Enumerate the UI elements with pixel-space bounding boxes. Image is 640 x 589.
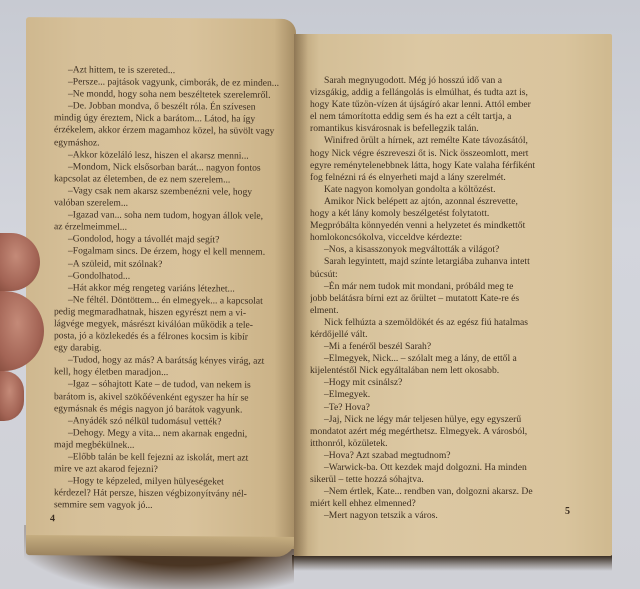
text-line: vizsgákig, addig a fellángolás is elmúlh…	[310, 87, 586, 99]
text-line: –Mi a fenéről beszél Sarah?	[310, 341, 586, 353]
text-line: Sarah legyintett, majd színte letargiába…	[310, 256, 586, 268]
text-line: –Fogalmam sincs. De érzem, hogy el kell …	[54, 246, 296, 260]
text-line: fog felnézni rá és elnyerheti majd a lán…	[310, 172, 586, 184]
text-line: sikerül – tette hozzá sóhajtva.	[310, 474, 586, 486]
thumb	[0, 291, 44, 371]
book-shadow-right	[292, 555, 612, 571]
text-line: kijelentéstől Nick egyáltalában nem lett…	[310, 365, 586, 377]
text-line: Winifred örült a hírnek, azt remélte Kat…	[310, 135, 586, 147]
text-line: –Hogy mit csinálsz?	[310, 377, 586, 389]
text-line: –A szüleid, mit szólnak?	[54, 258, 296, 272]
text-line: mondatot azért még megérthetsz. Elmegyek…	[310, 426, 586, 438]
right-page-number: 5	[565, 506, 570, 518]
text-line: –Nos, a kisasszonyok megváltották a vilá…	[310, 244, 586, 256]
right-page: Sarah megnyugodott. Még jó hosszú idő va…	[294, 34, 612, 556]
right-page-text: Sarah megnyugodott. Még jó hosszú idő va…	[310, 75, 586, 522]
text-line: –Elmegyek.	[310, 389, 586, 401]
text-line: –Jaj, Nick ne légy már teljesen hülye, e…	[310, 414, 586, 426]
text-line: Sarah megnyugodott. Még jó hosszú idő va…	[310, 75, 586, 87]
text-line: elment.	[310, 305, 586, 317]
text-line: Kate nagyon komolyan gondolta a költözés…	[310, 184, 586, 196]
text-line: kérdőjellé vált.	[310, 329, 586, 341]
text-line: miért kell ehhez elmenned?	[310, 498, 586, 510]
text-line: hogy Nick végre észreveszi őt is. Nick ö…	[310, 148, 586, 160]
text-line: Megpróbálta könnyedén venni a helyzetet …	[310, 220, 586, 232]
text-line: –Igaz – sóhajtott Kate – de tudod, van n…	[54, 379, 296, 393]
text-line: –Én már nem tudok mit mondani, próbáld m…	[310, 281, 586, 293]
text-line: hogy Kate tűzön-vízen át újságíró akar l…	[310, 99, 586, 111]
text-line: itthonról, közületek.	[310, 438, 586, 450]
text-line: jobb belátásra bírni ezt az őrültet – mu…	[310, 293, 586, 305]
text-line: hogy a két lány komoly beszélgetést foly…	[310, 208, 586, 220]
left-page-text: –Azt hittem, te is szereted...–Persze...…	[54, 64, 296, 513]
text-line: Amikor Nick belépett az ajtón, azonnal é…	[310, 196, 586, 208]
text-line: –Warwick-ba. Ott kezdek majd dolgozni. H…	[310, 462, 586, 474]
left-page: –Azt hittem, te is szereted...–Persze...…	[26, 17, 296, 549]
text-line: egyre reménytelenebbnek látta, hogy Kate…	[310, 160, 586, 172]
text-line: –Hova? Azt szabad megtudnom?	[310, 450, 586, 462]
text-line: romantikus kisvárosnak is befellegzik ta…	[310, 123, 586, 135]
text-line: –Te? Hova?	[310, 402, 586, 414]
text-line: homlokoncsókolva, vicceldve kérdezte:	[310, 232, 586, 244]
text-line: semmire sem vagyok jó...	[54, 500, 296, 514]
text-line: el nem támorította eddig sem és ha ezt a…	[310, 111, 586, 123]
finger	[0, 233, 40, 291]
text-line: érzékelem, akkor érzem magamhoz közel, h…	[54, 125, 296, 139]
left-page-number: 4	[50, 513, 55, 525]
text-line: –Mert nagyon tetszik a város.	[310, 510, 586, 522]
finger	[0, 371, 24, 421]
text-line: –Elmegyek, Nick... – szólalt meg a lány,…	[310, 353, 586, 365]
text-line: búcsút:	[310, 269, 586, 281]
text-line: Nick felhúzta a szemöldökét és az egész …	[310, 317, 586, 329]
holding-hand	[0, 225, 46, 435]
text-line: –Nem értlek, Kate... rendben van, dolgoz…	[310, 486, 586, 498]
